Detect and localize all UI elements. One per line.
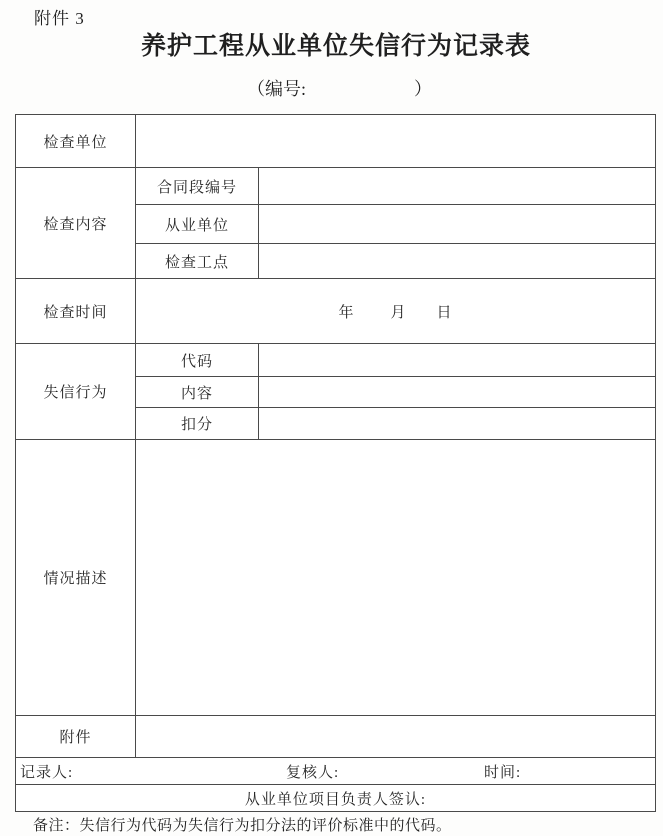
signature-row: 从业单位项目负责人签认: bbox=[16, 785, 656, 812]
reviewer-label: 复核人: bbox=[286, 761, 339, 782]
inspection-time-value-cell: 年月日 bbox=[136, 279, 656, 344]
time-year-label: 年 bbox=[338, 305, 354, 321]
behavior-code-row: 失信行为 代码 bbox=[16, 344, 656, 377]
form-title: 养护工程从业单位失信行为记录表 bbox=[0, 26, 663, 62]
recorder-label: 记录人: bbox=[20, 761, 73, 782]
deduction-value-cell bbox=[259, 408, 656, 440]
signature-label: 从业单位项目负责人签认: bbox=[16, 785, 656, 812]
code-value-cell bbox=[259, 344, 656, 377]
content-label: 内容 bbox=[136, 377, 259, 408]
serial-number-line: （编号: ） bbox=[8, 75, 663, 101]
situation-value-cell bbox=[136, 440, 656, 716]
content-value-cell bbox=[259, 377, 656, 408]
dishonest-behavior-label: 失信行为 bbox=[16, 344, 136, 440]
attachment-value-cell bbox=[136, 716, 656, 758]
inspection-time-label: 检查时间 bbox=[16, 279, 136, 344]
time-label: 时间: bbox=[484, 761, 521, 782]
document-page: 附件 3 养护工程从业单位失信行为记录表 （编号: ） 检查单位 检查内容 合同… bbox=[0, 0, 663, 836]
footnote: 备注：失信行为代码为失信行为扣分法的评价标准中的代码。 bbox=[33, 814, 452, 835]
inspection-unit-value-cell bbox=[136, 115, 656, 168]
inspection-content-label: 检查内容 bbox=[16, 168, 136, 279]
inspection-site-label: 检查工点 bbox=[136, 244, 259, 279]
inspection-site-value-cell bbox=[259, 244, 656, 279]
signoff-cell: 记录人: 复核人: 时间: bbox=[16, 758, 656, 785]
practice-unit-value-cell bbox=[259, 205, 656, 244]
situation-row: 情况描述 bbox=[16, 440, 656, 716]
inspection-time-row: 检查时间 年月日 bbox=[16, 279, 656, 344]
practice-unit-label: 从业单位 bbox=[136, 205, 259, 244]
attachment-row-label: 附件 bbox=[16, 716, 136, 758]
code-label: 代码 bbox=[136, 344, 259, 377]
contract-section-value-cell bbox=[259, 168, 656, 205]
signoff-row: 记录人: 复核人: 时间: bbox=[16, 758, 656, 785]
attachment-row: 附件 bbox=[16, 716, 656, 758]
situation-label: 情况描述 bbox=[16, 440, 136, 716]
deduction-label: 扣分 bbox=[136, 408, 259, 440]
record-form-table: 检查单位 检查内容 合同段编号 从业单位 检查工点 检查时间 年月日 失信行为 … bbox=[15, 114, 656, 812]
contract-section-label: 合同段编号 bbox=[136, 168, 259, 205]
inspection-unit-label: 检查单位 bbox=[16, 115, 136, 168]
inspection-unit-row: 检查单位 bbox=[16, 115, 656, 168]
time-month-label: 月 bbox=[390, 305, 406, 321]
contract-section-row: 检查内容 合同段编号 bbox=[16, 168, 656, 205]
time-day-label: 日 bbox=[437, 305, 453, 321]
